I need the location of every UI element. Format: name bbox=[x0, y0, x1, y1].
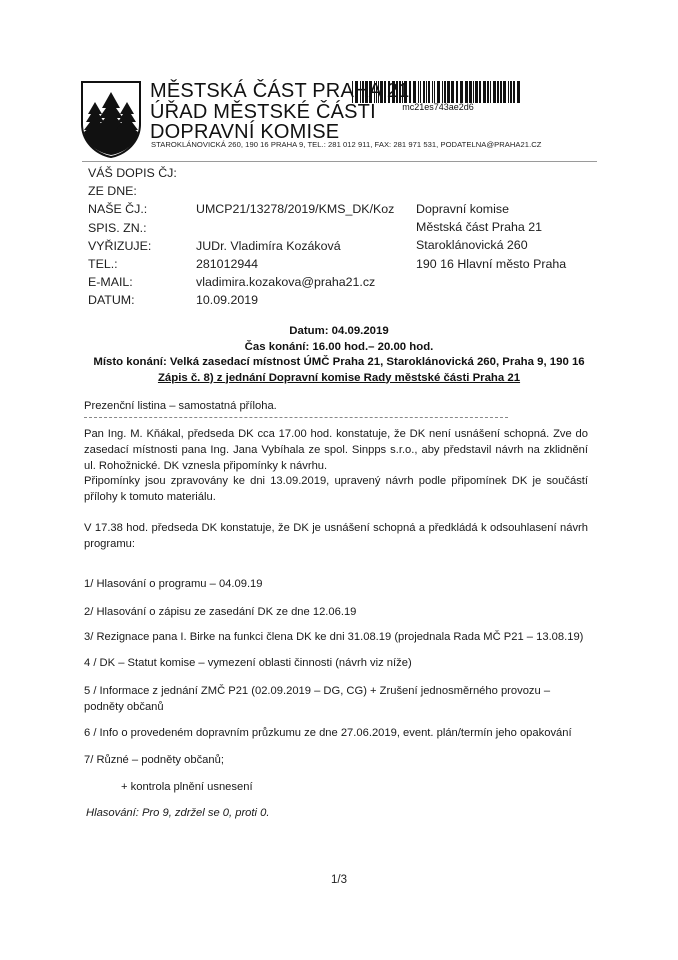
reference-label: ZE DNE: bbox=[88, 182, 177, 200]
reference-label: VYŘIZUJE: bbox=[88, 237, 177, 255]
reference-value bbox=[196, 219, 394, 237]
reference-labels: VÁŠ DOPIS ČJ:ZE DNE:NAŠE ČJ.:SPIS. ZN.:V… bbox=[88, 164, 177, 310]
praha21-crest-icon bbox=[80, 80, 142, 158]
agenda-item: 2/ Hlasování o zápisu ze zasedání DK ze … bbox=[84, 605, 356, 621]
recipient-line: 190 16 Hlavní město Praha bbox=[416, 255, 566, 273]
meeting-place: Místo konání: Velká zasedací místnost ÚM… bbox=[0, 355, 678, 371]
barcode-icon bbox=[352, 81, 524, 103]
reference-value bbox=[196, 164, 394, 182]
minutes-title: Zápis č. 8) z jednání Dopravní komise Ra… bbox=[0, 371, 678, 387]
office-address: STAROKLÁNOVICKÁ 260, 190 16 PRAHA 9, TEL… bbox=[151, 140, 541, 149]
opening-paragraph: Pan Ing. M. Kňákal, předseda DK cca 17.0… bbox=[84, 427, 588, 506]
dashed-divider bbox=[84, 417, 508, 419]
barcode-text: mc21es743ae2d6 bbox=[352, 102, 524, 112]
quorum-paragraph: V 17.38 hod. předseda DK konstatuje, že … bbox=[84, 521, 588, 553]
reference-label: NAŠE ČJ.: bbox=[88, 200, 177, 218]
reference-label: E-MAIL: bbox=[88, 273, 177, 291]
agenda-item: 3/ Rezignace pana I. Birke na funkci čle… bbox=[84, 630, 583, 646]
reference-values: UMCP21/13278/2019/KMS_DK/KozJUDr. Vladim… bbox=[196, 164, 394, 310]
recipient-line: Staroklánovická 260 bbox=[416, 236, 566, 254]
reference-value: 281012944 bbox=[196, 255, 394, 273]
reference-value: UMCP21/13278/2019/KMS_DK/Koz bbox=[196, 200, 394, 218]
recipient-address: Dopravní komiseMěstská část Praha 21Star… bbox=[416, 200, 566, 273]
reference-label: DATUM: bbox=[88, 291, 177, 309]
header-divider bbox=[82, 161, 597, 162]
reference-value bbox=[196, 182, 394, 200]
attendance-note: Prezenční listina – samostatná příloha. bbox=[84, 399, 588, 415]
recipient-line: Městská část Praha 21 bbox=[416, 218, 566, 236]
agenda-item: 7/ Různé – podněty občanů; bbox=[84, 753, 224, 769]
recipient-line: Dopravní komise bbox=[416, 200, 566, 218]
opening-paragraph-text: Pan Ing. M. Kňákal, předseda DK cca 17.0… bbox=[84, 427, 588, 474]
comments-paragraph-text: Připomínky jsou zpravovány ke dni 13.09.… bbox=[84, 474, 588, 506]
meeting-date: Datum: 04.09.2019 bbox=[0, 324, 678, 340]
reference-value: vladimira.kozakova@praha21.cz bbox=[196, 273, 394, 291]
page-number: 1/3 bbox=[0, 874, 678, 886]
meeting-time: Čas konání: 16.00 hod.– 20.00 hod. bbox=[0, 340, 678, 356]
vote-result: Hlasování: Pro 9, zdržel se 0, proti 0. bbox=[86, 806, 269, 822]
agenda-item: 5 / Informace z jednání ZMČ P21 (02.09.2… bbox=[84, 684, 588, 716]
agenda-item: 6 / Info o provedeném dopravním průzkumu… bbox=[84, 726, 572, 742]
reference-value: JUDr. Vladimíra Kozáková bbox=[196, 237, 394, 255]
reference-label: TEL.: bbox=[88, 255, 177, 273]
reference-label: SPIS. ZN.: bbox=[88, 219, 177, 237]
office-name-line-2: ÚŘAD MĚSTSKÉ ČÁSTI bbox=[150, 101, 376, 123]
reference-label: VÁŠ DOPIS ČJ: bbox=[88, 164, 177, 182]
minutes-title-text: Zápis č. 8) z jednání Dopravní komise Ra… bbox=[158, 372, 520, 384]
reference-value: 10.09.2019 bbox=[196, 291, 394, 309]
agenda-item: 4 / DK – Statut komise – vymezení oblast… bbox=[84, 656, 412, 672]
agenda-subitem: + kontrola plnění usnesení bbox=[121, 780, 253, 796]
agenda-item: 1/ Hlasování o programu – 04.09.19 bbox=[84, 577, 263, 593]
